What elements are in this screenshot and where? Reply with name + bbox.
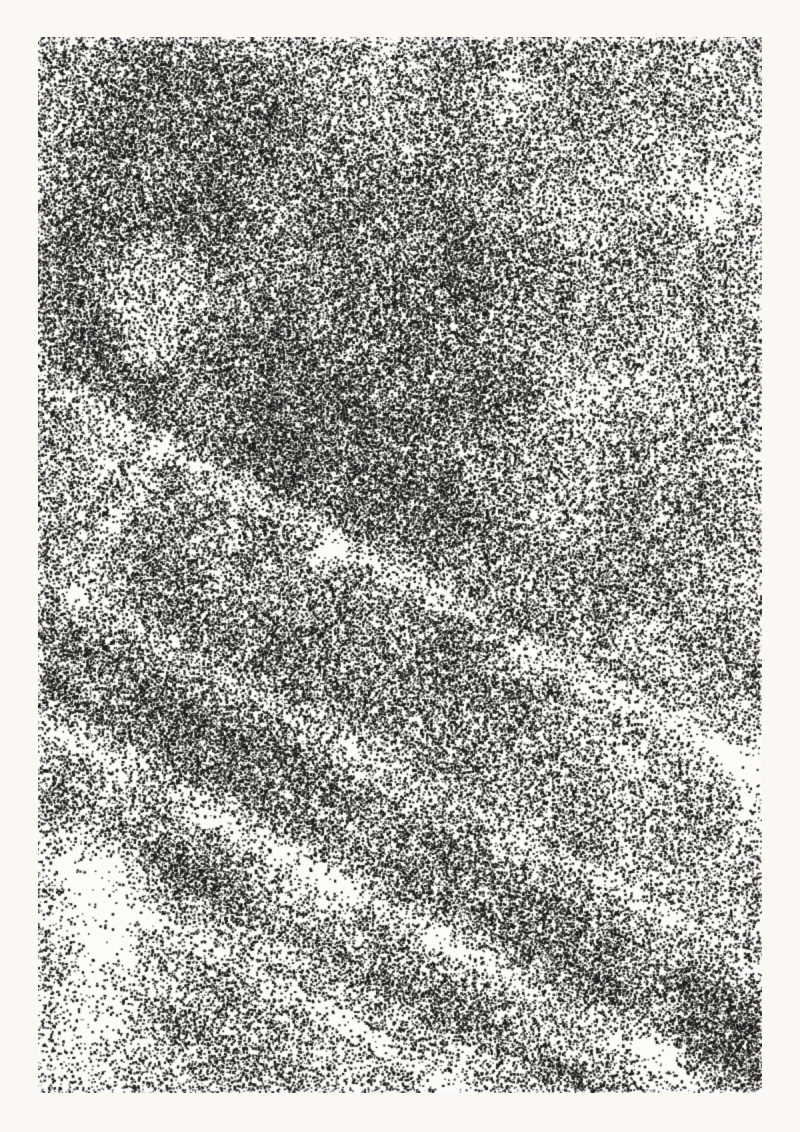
stipple-canvas xyxy=(38,37,762,1093)
stippled-aerial-image xyxy=(38,37,762,1093)
